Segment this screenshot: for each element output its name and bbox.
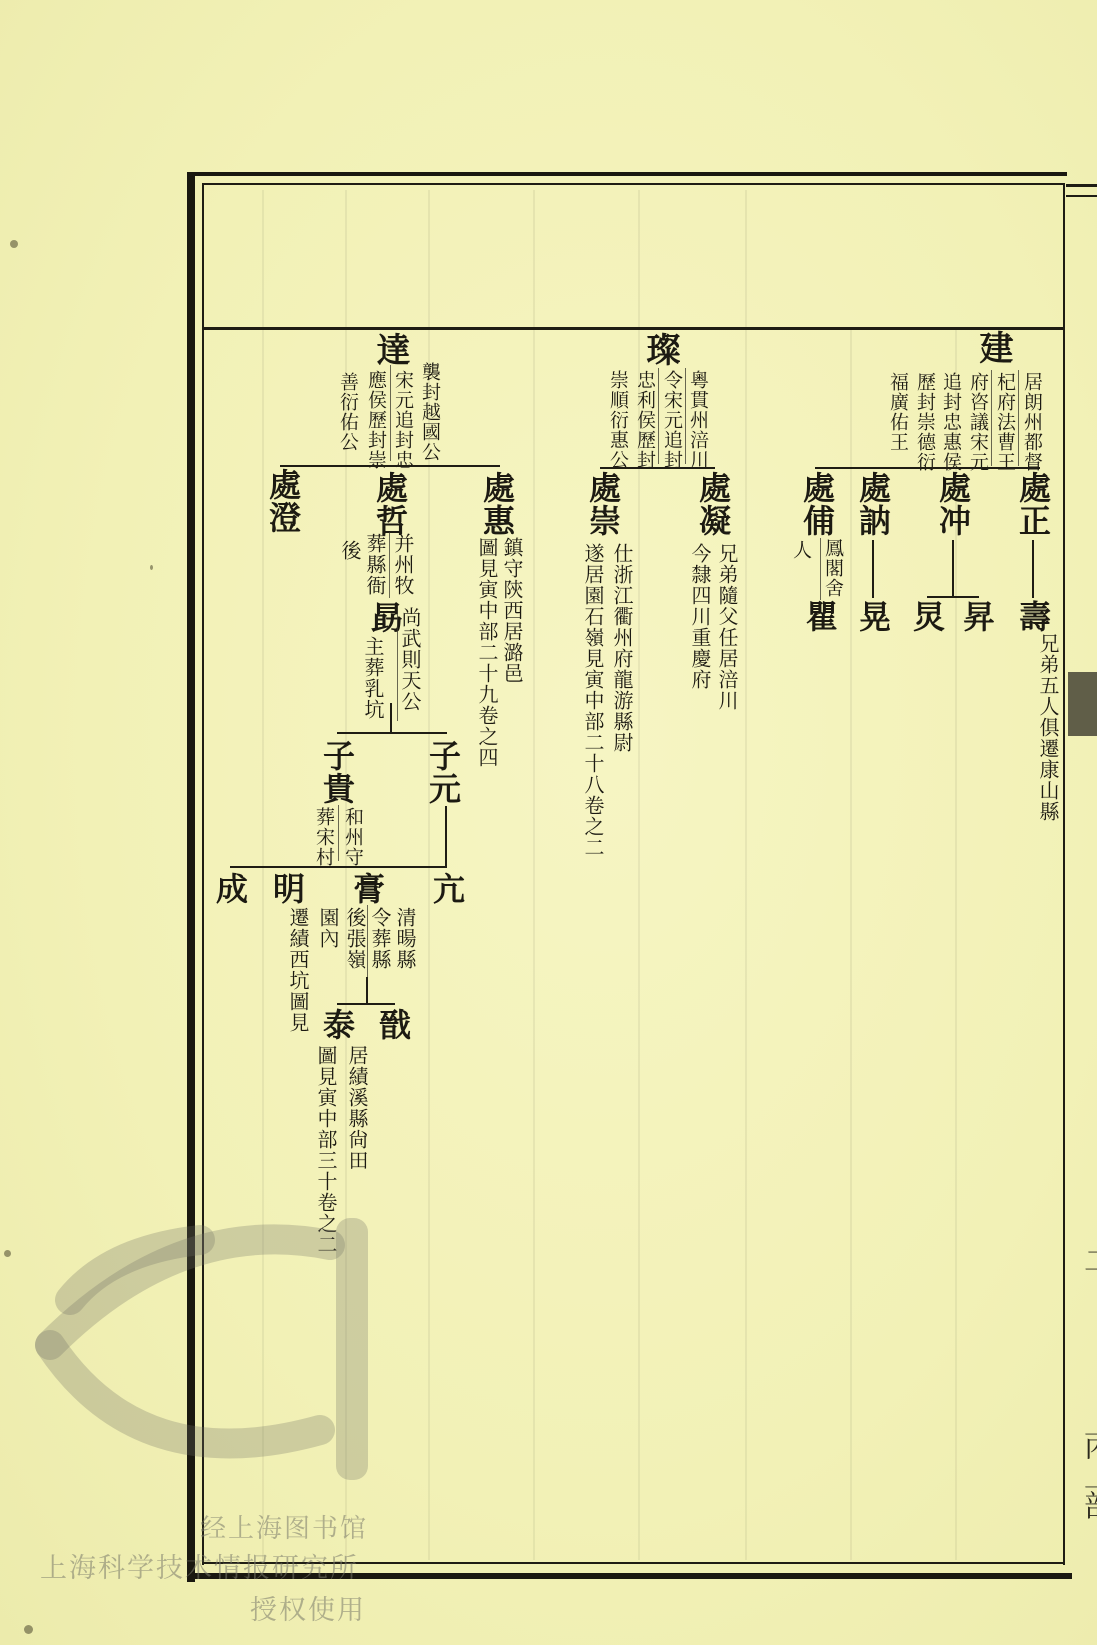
person-chune: 處訥 (857, 471, 889, 537)
note-separator (820, 538, 821, 600)
adjacent-page-section-label: 丙上部 (1080, 1430, 1097, 1520)
person-jiong: 炅 (911, 600, 943, 633)
note-can-4: 崇順衍惠公 (608, 370, 627, 470)
note-zigui-2: 葬宋村 (314, 807, 333, 867)
note-separator (389, 532, 390, 598)
note-xu-1: 尚武則天公 (400, 607, 420, 712)
adjacent-top-rule (1066, 184, 1097, 187)
tree-connector-line (230, 866, 447, 868)
frame-header-divider (202, 327, 1064, 330)
tree-connector-line (872, 540, 874, 598)
note-jian-4: 追封忠惠侯 (941, 372, 960, 472)
person-chufu: 處俌 (801, 471, 833, 537)
person-chuchong2: 處崇 (587, 471, 619, 537)
note-separator (367, 905, 368, 977)
paper-speck (24, 1625, 33, 1634)
paper-speck (150, 565, 153, 570)
person-qu: 瞿 (804, 600, 836, 633)
note-chuchong2-1: 仕浙江衢州府龍游縣尉 (612, 543, 632, 753)
person-tai: 泰 (321, 1008, 353, 1041)
note-gao-4: 園內 (318, 907, 338, 949)
tree-connector-line (337, 732, 447, 734)
note-jian-6: 福廣佑王 (888, 372, 907, 452)
person-chucheng: 處澄 (267, 468, 299, 534)
person-cheng: 成 (214, 872, 246, 905)
person-chuning: 處凝 (697, 471, 729, 537)
note-separator (390, 365, 391, 461)
watermark-line-3: 授权使用 (250, 1588, 366, 1627)
note-chuzhe-3: 後 (340, 540, 360, 561)
tree-connector-line (390, 703, 392, 733)
note-chuning-1: 兄弟隨父任居涪川 (717, 543, 737, 711)
person-ming: 明 (271, 872, 303, 905)
person-kang: 亢 (431, 872, 463, 905)
note-chuzhe-1: 并州牧 (393, 533, 413, 596)
person-shou: 壽 (1017, 600, 1049, 633)
person-ziyuan: 子元 (427, 739, 459, 805)
note-separator (397, 606, 398, 721)
note-jian-1: 居朗州都督 (1022, 372, 1041, 472)
person-zigui: 子貴 (321, 739, 353, 805)
note-da-2: 宋元追封忠 (393, 370, 412, 470)
note-zigui-1: 和州守 (343, 807, 362, 867)
person-da: 達 (373, 332, 407, 366)
tree-connector-line (337, 1003, 395, 1005)
watermark-line-1: 经上海图书馆 (200, 1508, 368, 1545)
note-chuning-2: 今隸四川重慶府 (690, 543, 710, 690)
person-gao: 膏 (351, 872, 383, 905)
tree-connector-line (280, 465, 500, 467)
tree-connector-line (1032, 540, 1034, 598)
frame-right (1063, 183, 1065, 1565)
note-gao-3: 後張嶺 (345, 907, 365, 970)
tree-connector-line (366, 977, 368, 1004)
tree-connector-line (952, 540, 954, 596)
note-jian-5: 歷封崇德衍 (915, 372, 934, 472)
note-da-4: 善衍佑公 (338, 372, 357, 452)
note-da-3: 應侯歷封崇 (366, 370, 385, 470)
note-shou-1: 兄弟五人俱遷康山縣 (1038, 633, 1058, 822)
note-da-1: 襲封越國公 (420, 362, 439, 462)
frame-inner-top (202, 183, 1064, 185)
note-separator (338, 805, 339, 861)
person-can: 璨 (643, 332, 677, 366)
person-jian2: 戩 (377, 1008, 409, 1041)
adjacent-page-char: 二 (1080, 1245, 1097, 1275)
note-gao-1: 清暘縣 (395, 907, 415, 970)
tree-connector-line (445, 806, 447, 866)
note-separator (1018, 370, 1019, 466)
tree-connector-line (815, 467, 1040, 469)
note-separator (685, 368, 686, 464)
person-chuzhe: 處哲 (374, 471, 406, 537)
adjacent-top-rule-inner (1066, 195, 1097, 197)
note-separator (658, 368, 659, 464)
note-can-2: 令宋元追封 (662, 370, 681, 470)
note-chuzhe-2: 葬縣衙 (365, 533, 385, 596)
person-huang: 晃 (857, 600, 889, 633)
note-chuchong2-2: 遂居園石嶺見寅中部二十八卷之二 (583, 543, 603, 858)
person-chuzheng: 處正 (1017, 471, 1049, 537)
frame-outer-top (187, 172, 1067, 176)
note-xu-2: 主葬乳坑 (363, 636, 383, 720)
person-chuhui: 處惠 (481, 471, 513, 537)
adjacent-ink-smudge (1068, 672, 1097, 736)
note-chufu-1: 鳳閣舍 (823, 538, 842, 598)
library-watermark-logo (0, 1180, 420, 1520)
tree-connector-line (600, 467, 715, 469)
note-chuhui-2: 圖見寅中部二十九卷之四 (477, 537, 497, 768)
note-chuhui-1: 鎮守陝西居潞邑 (502, 537, 522, 684)
person-jian: 建 (976, 330, 1010, 364)
note-ming-1: 遷績西坑圖見 (288, 907, 308, 1033)
tree-connector-line (927, 596, 979, 598)
note-chufu-2: 人 (791, 540, 810, 560)
person-sheng: 昇 (961, 600, 993, 633)
person-chuchong: 處冲 (937, 471, 969, 537)
watermark-line-2: 上海科学技术情报研究所 (40, 1546, 359, 1585)
note-jian-2: 杞府法曹王 (995, 372, 1014, 472)
note-can-1: 粵貫州涪川 (688, 370, 707, 470)
note-can-3: 忠利侯歷封 (635, 370, 654, 470)
paper-speck (10, 240, 18, 248)
note-jian-3: 府咨議宋元 (968, 372, 987, 472)
note-tai-1: 居績溪縣尙田 (347, 1045, 367, 1171)
note-separator (991, 370, 992, 466)
note-gao-2: 令葬縣 (370, 907, 390, 970)
